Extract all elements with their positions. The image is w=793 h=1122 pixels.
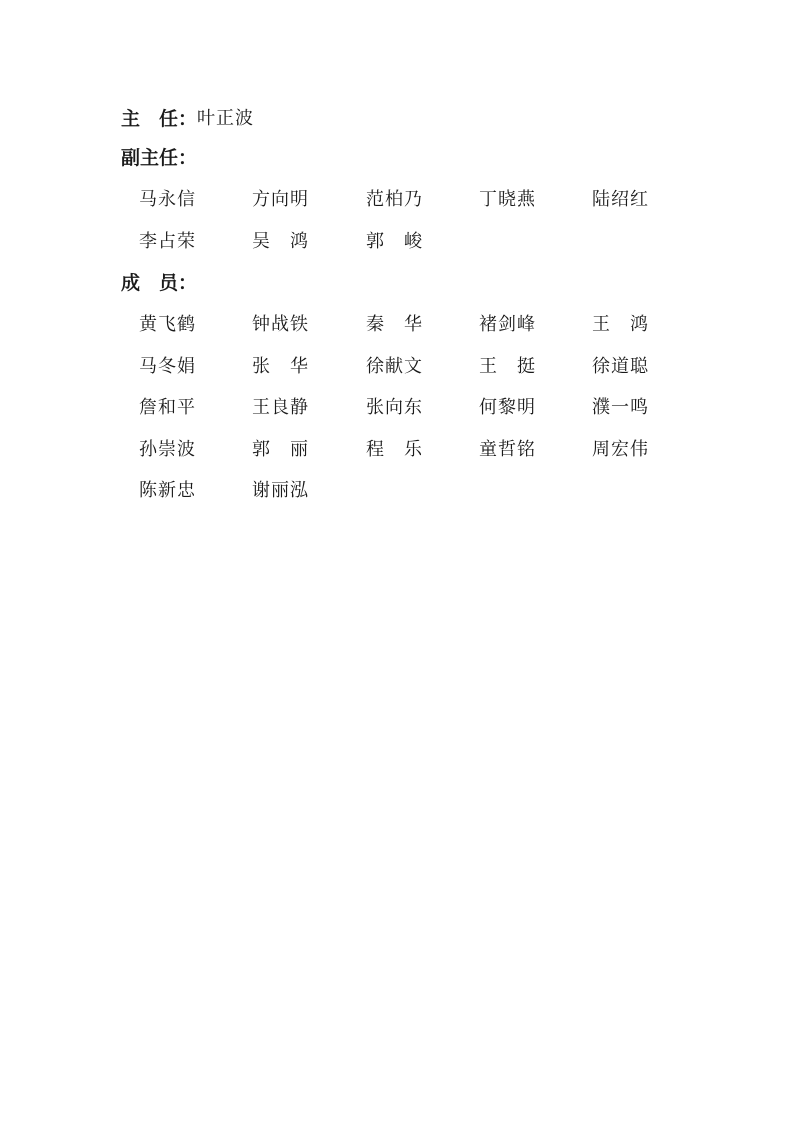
name-item: 秦 华 <box>366 312 466 338</box>
name-item: 张 华 <box>252 354 352 380</box>
name-item: 王 鸿 <box>592 312 692 338</box>
name-item: 濮一鸣 <box>592 395 692 421</box>
name-item: 孙崇波 <box>139 437 239 463</box>
name-item: 徐道聪 <box>592 354 692 380</box>
name-item: 王 挺 <box>479 354 579 380</box>
members-label: 成 员： <box>121 271 197 295</box>
name-item: 范柏乃 <box>366 187 466 213</box>
name-item: 郭 峻 <box>366 229 466 255</box>
name-item: 周宏伟 <box>592 437 692 463</box>
name-item: 童哲铭 <box>479 437 579 463</box>
name-item: 王良静 <box>252 395 352 421</box>
name-item: 詹和平 <box>139 395 239 421</box>
name-item: 吴 鸿 <box>252 229 352 255</box>
director-line: 主 任： 叶正波 <box>121 104 254 130</box>
name-item: 马永信 <box>139 187 239 213</box>
name-item: 钟战铁 <box>252 312 352 338</box>
name-item: 张向东 <box>366 395 466 421</box>
deputy-directors-label: 副主任： <box>121 146 197 170</box>
name-item: 陆绍红 <box>592 187 692 213</box>
name-item: 方向明 <box>252 187 352 213</box>
name-item: 褚剑峰 <box>479 312 579 338</box>
name-item: 何黎明 <box>479 395 579 421</box>
director-label: 主 任： <box>121 104 197 131</box>
name-item: 谢丽泓 <box>252 478 352 504</box>
name-item: 程 乐 <box>366 437 466 463</box>
name-item: 郭 丽 <box>252 437 352 463</box>
name-item: 陈新忠 <box>139 478 239 504</box>
document-page: 主 任： 叶正波 副主任： 马永信 方向明 范柏乃 丁晓燕 陆绍红 李占荣 吴 … <box>0 0 793 1122</box>
name-item: 李占荣 <box>139 229 239 255</box>
name-item: 黄飞鹤 <box>139 312 239 338</box>
name-item: 徐献文 <box>366 354 466 380</box>
director-name: 叶正波 <box>197 104 254 130</box>
name-item: 马冬娟 <box>139 354 239 380</box>
name-item: 丁晓燕 <box>479 187 579 213</box>
